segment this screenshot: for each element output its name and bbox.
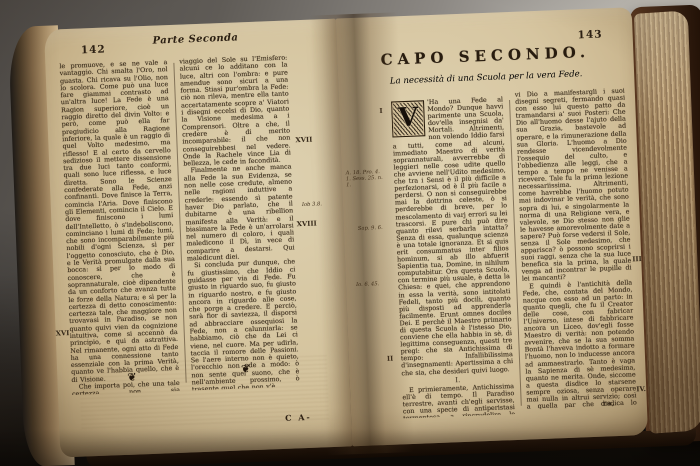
margin-number-xvii: XVII [295, 136, 312, 145]
chapter-subtitle: La necessità di una Scuola per la vera F… [338, 67, 634, 88]
book-photo: 142 Parte Seconda le promuove, e se ne v… [0, 0, 700, 466]
text-paragraph: viaggio del Sole su l'Emisfero: alcuni c… [179, 55, 291, 169]
margin-number-xviii: XVIII [297, 220, 317, 229]
left-page: 142 Parte Seconda le promuove, e se ne v… [44, 19, 352, 458]
right-page-number: 143 [577, 28, 602, 41]
text-paragraph: E primieramente, Antichissima ell'è di t… [402, 383, 515, 419]
text-paragraph: vi Dio a manifestargli i suoi disegni se… [515, 88, 632, 284]
chapter-heading: CAPO SECONDO. [337, 41, 633, 70]
catchword-right: ra, [603, 398, 616, 407]
margin-number-iii: III [632, 255, 642, 263]
woodcut-initial: V [391, 100, 425, 137]
text-paragraph: le promuove, e se ne vale a vantaggio. C… [59, 59, 179, 384]
running-header: Parte Seconda [110, 31, 280, 49]
right-page: 143 CAPO SECONDO. La necessità di una Sc… [336, 7, 648, 446]
margin-scripture-ref: A. 18. Pro. 4. 1. Sess. 25. n. 1. [346, 169, 385, 188]
right-page-column-2: vi Dio a manifestargli i suoi disegni se… [515, 88, 637, 410]
catchword-left: C A- [285, 412, 312, 423]
left-page-number: 142 [81, 43, 106, 56]
margin-number-iv: IV. [636, 385, 646, 393]
margin-number-xvi: XVI [56, 329, 70, 338]
left-page-column-1: le promuove, e se ne vale a vantaggio. C… [59, 59, 180, 395]
text-paragraph: 'Ha una Fede al Mondo? Dunque havvi pari… [391, 96, 514, 377]
fleuron-ornament-icon: ❦ [127, 371, 137, 384]
text-paragraph: E quindi è l'antichità della Fede, che, … [522, 279, 637, 410]
open-book: 142 Parte Seconda le promuove, e se ne v… [10, 0, 700, 466]
fleuron-ornament-icon: ❦ [241, 362, 251, 375]
right-page-column-1: V 'Ha una Fede al Mondo? Dunque havvi pa… [391, 96, 515, 418]
text-paragraph: Finalmente ne anche manca alla Fede la s… [183, 164, 295, 263]
margin-number-ii: II [387, 355, 394, 363]
margin-scripture-sap: Sap. 9. 6. [358, 225, 392, 232]
left-page-column-2: viaggio del Sole su l'Emisfero: alcuni c… [179, 55, 300, 391]
margin-number-i: I [379, 107, 382, 115]
margin-scripture-io: Io. 6. 45. [356, 281, 390, 288]
margin-scripture-iob: Iob 3.8. [302, 201, 340, 208]
